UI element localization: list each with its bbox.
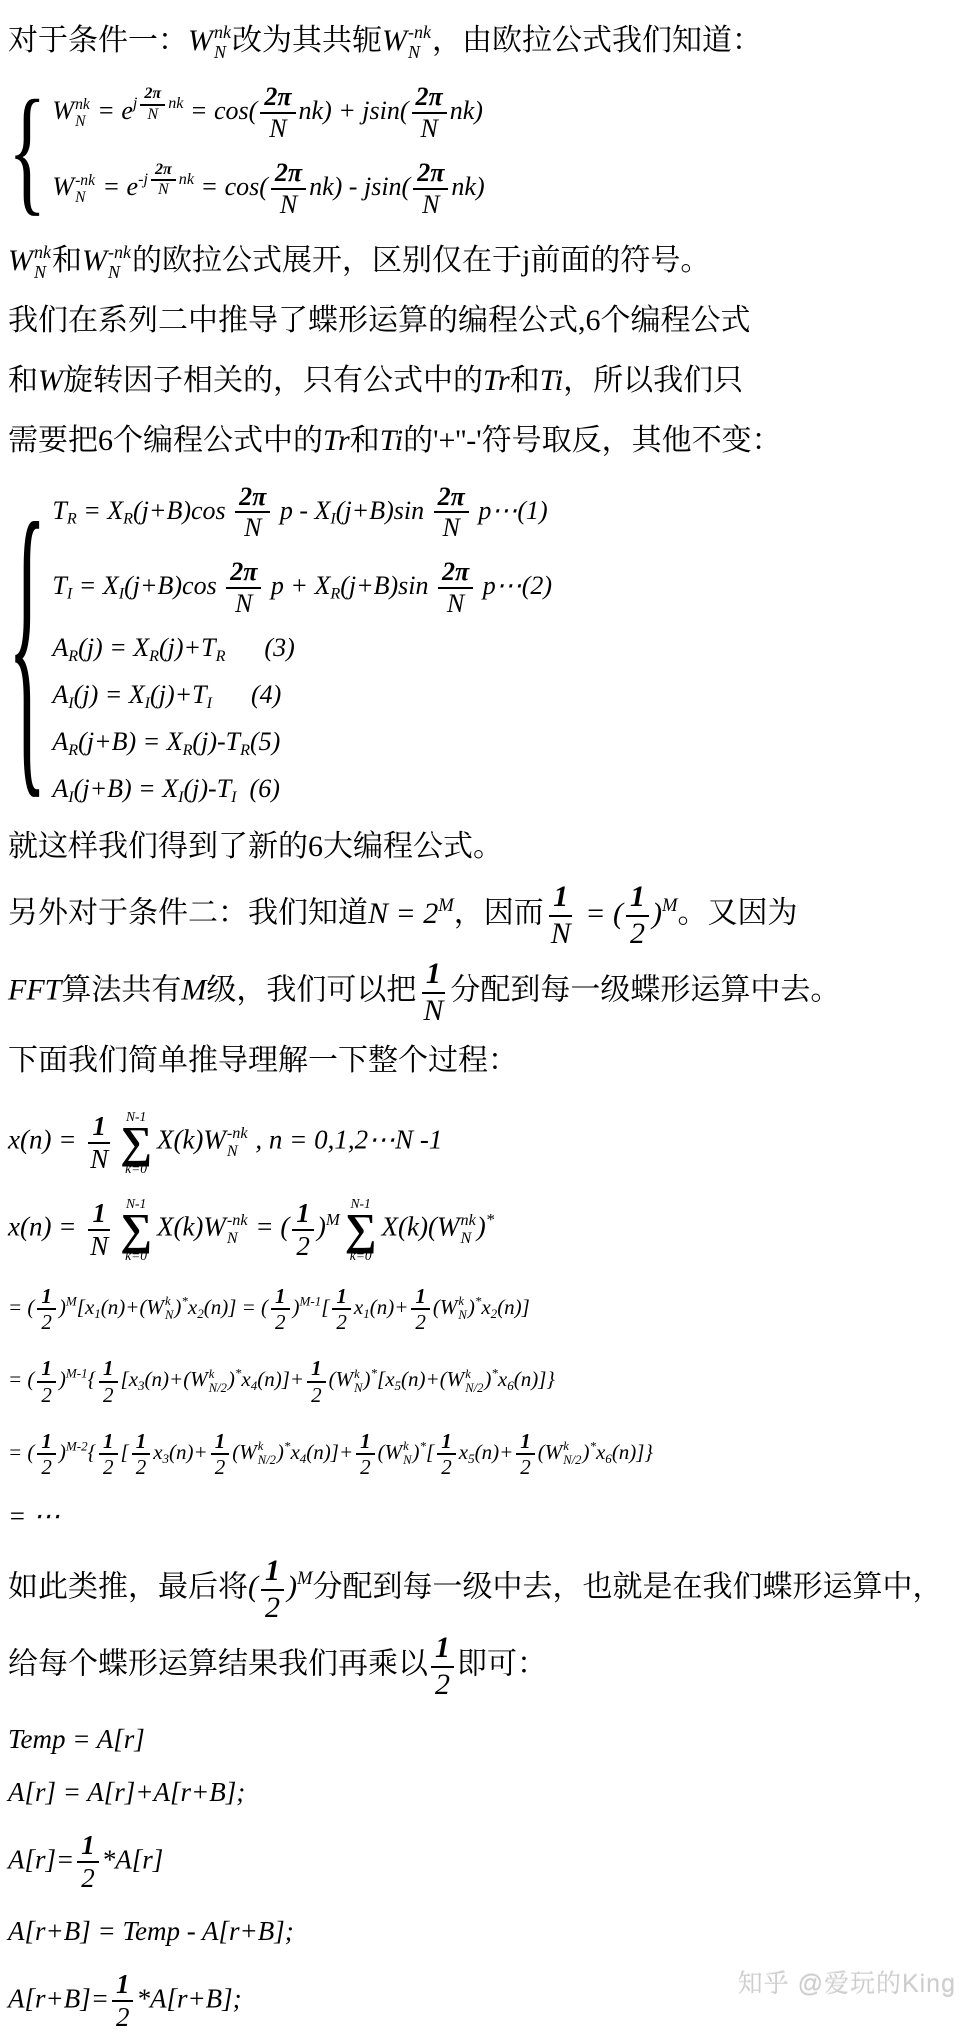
math-run: 2π	[275, 158, 302, 187]
denominator: N	[439, 513, 464, 543]
numerator: 2π	[412, 82, 447, 114]
math-run: (2)	[522, 571, 552, 600]
equation: TR = XR(j+B)cos 2πN p - XI(j+B)sin 2πN p…	[52, 482, 552, 544]
denominator: 2	[437, 1455, 456, 1479]
math-run: j	[159, 680, 166, 709]
fraction: 12	[411, 1284, 430, 1334]
math-run: (n)+(W	[401, 1367, 464, 1391]
math-run: 1	[103, 1429, 114, 1453]
text-run: 给每个蝶形运算结果我们再乘以	[8, 1647, 428, 1680]
math-run: [x	[377, 1367, 395, 1391]
math-run: nk	[168, 95, 183, 112]
math-run: N/2	[563, 1453, 581, 1467]
superscript: k	[209, 1368, 215, 1382]
sup-sub-stack: nkN	[460, 1212, 475, 1248]
equation: = (12)M[x1(n)+(WkN)*x2(n)] = (12)M-1[12x…	[8, 1284, 962, 1334]
math-run: N	[108, 262, 120, 282]
math-run: k	[165, 1294, 171, 1308]
numerator: 2π	[226, 557, 261, 589]
math-run: -nk	[227, 1211, 248, 1229]
math-run: N	[227, 1229, 238, 1247]
math-run: 1	[336, 1284, 347, 1308]
math-run: (n)]	[497, 1295, 530, 1319]
denominator: N	[443, 589, 468, 619]
roman-run: A	[52, 633, 68, 662]
math-run: N	[90, 1231, 108, 1261]
math-run: ) = X	[123, 774, 178, 803]
numerator: 1	[37, 1429, 56, 1455]
text-run: ，所以我们只	[563, 364, 743, 397]
math-run: (1)	[517, 495, 547, 524]
paragraph: 和W旋转因子相关的，只有公式中的Tr和Ti，所以我们只	[8, 354, 962, 408]
denominator: 2	[516, 1455, 535, 1479]
inline-math: FFT	[8, 974, 61, 1007]
roman-run: (2)	[522, 571, 552, 600]
roman-run: *A[r+B];	[136, 1983, 241, 2013]
superscript: k	[165, 1295, 171, 1309]
math-run: )	[228, 1367, 235, 1391]
math-run: N	[34, 262, 46, 282]
math-run: N	[90, 1144, 108, 1174]
paragraph: 如此类推，最后将(12)M分配到每一级中去，也就是在我们蝶形运算中，	[8, 1554, 962, 1625]
math-run: nk)	[450, 96, 483, 125]
math-run: T	[8, 1724, 21, 1754]
text-run: 就这样我们得到了新的6大编程公式。	[8, 830, 503, 863]
math-run: 2	[103, 1383, 114, 1407]
math-run: A	[52, 774, 68, 803]
sup-sub-stack: kN/2	[209, 1368, 227, 1396]
sum-lower-limit: k=0	[125, 1249, 147, 1263]
superscript: nk	[214, 23, 231, 43]
equation-lines: WnkN = ej2πNnk = cos(2πNnk) + jsin(2πNnk…	[52, 82, 484, 220]
sup-sub-stack: -nkN	[108, 243, 131, 283]
equation: W-nkN = e-j2πNnk = cos(2πNnk) - jsin(2πN…	[52, 158, 484, 220]
math-run: )	[413, 1440, 420, 1464]
math-run: (n)+	[169, 1440, 208, 1464]
math-run: 0,1,2	[314, 1125, 368, 1155]
math-run: (	[78, 633, 87, 662]
math-run: W	[8, 244, 33, 277]
text-run: 和	[52, 244, 82, 277]
math-run: k=0	[350, 1248, 372, 1263]
math-run: T	[540, 364, 555, 397]
math-run: A	[52, 727, 68, 756]
roman-run: x	[8, 1125, 20, 1155]
math-run: sin	[370, 96, 400, 125]
numerator: 1	[626, 880, 649, 917]
math-run: 2	[215, 1455, 226, 1479]
superscript: -nk	[108, 243, 131, 263]
math-run: p⋯	[476, 571, 522, 600]
math-run: 1	[41, 1356, 52, 1380]
roman-run: (1)	[517, 495, 547, 524]
math-run: x	[459, 1440, 468, 1464]
sup-sub-stack: -nkN	[227, 1125, 248, 1161]
inline-math: 1N = (12)M	[544, 897, 678, 930]
text-run: 对于条件一：	[8, 24, 188, 57]
math-run: N	[165, 1308, 173, 1322]
equation: Temp = A[r]	[8, 1724, 962, 1755]
numerator: 1	[88, 1111, 110, 1144]
denominator: 2	[99, 1455, 118, 1479]
sup-sub-stack: nkN	[34, 243, 51, 283]
text-run: 和	[8, 364, 38, 397]
math-run	[424, 495, 431, 524]
equation: AR(j) = XR(j)+TR (3)	[52, 633, 552, 666]
roman-run: i	[555, 364, 563, 397]
math-run: = ⋯	[8, 1501, 60, 1531]
subscript: N	[403, 1454, 411, 1468]
math-run: 1	[92, 1198, 106, 1228]
curly-brace-icon: {	[8, 80, 46, 222]
math-run: A	[52, 680, 68, 709]
superscript: j2πNnk	[133, 95, 184, 112]
superscript: -nk	[408, 23, 431, 43]
sup-sub-stack: kN	[403, 1440, 411, 1468]
math-run: N	[551, 917, 571, 950]
inline-math: Tr	[323, 424, 350, 457]
math-run: k=0	[125, 1161, 147, 1176]
fraction: 2πN	[260, 82, 295, 144]
fraction: 12	[437, 1429, 456, 1479]
math-run: nk	[460, 1211, 475, 1229]
roman-run: (3)	[225, 633, 294, 662]
subscript: N	[34, 263, 46, 283]
equation: = (12)M-1{12[x3(n)+(WkN/2)*x4(n)]+12(WkN…	[8, 1356, 962, 1406]
math-run: ⋯N -	[368, 1125, 429, 1155]
superscript: -j2πNnk	[138, 171, 194, 188]
fraction: 12	[37, 1429, 56, 1479]
numerator: 1	[422, 957, 445, 994]
math-run: )	[364, 1367, 371, 1391]
roman-run: emp	[21, 1724, 66, 1754]
inline-math: Ti	[380, 424, 403, 457]
subscript: R	[149, 648, 159, 665]
roman-run: cos	[182, 571, 217, 600]
superscript: M	[326, 1210, 340, 1229]
math-run: N	[75, 113, 85, 130]
math-run: -nk	[227, 1124, 248, 1142]
math-run: N	[75, 189, 85, 206]
math-run: N	[214, 42, 226, 62]
math-run: R	[330, 586, 340, 603]
sup-sub-stack: nkN	[214, 23, 231, 63]
math-run: (W	[538, 1440, 563, 1464]
math-run: {	[88, 1367, 96, 1391]
numerator: 2π	[271, 158, 306, 190]
text-run: 即可：	[457, 1647, 547, 1680]
math-run: R	[216, 648, 226, 665]
math-run: x	[481, 1295, 490, 1319]
math-run: r	[338, 424, 350, 457]
math-run: *A[r]	[102, 1844, 164, 1874]
text-run: ，由欧拉公式我们知道：	[432, 24, 762, 57]
math-run: )	[468, 1295, 475, 1319]
math-run: 2	[415, 1310, 426, 1334]
math-run: cos	[182, 571, 217, 600]
equation-group: {TR = XR(j+B)cos 2πN p - XI(j+B)sin 2πN …	[8, 482, 962, 807]
math-run: nk	[75, 96, 90, 113]
equation: WnkN = ej2πNnk = cos(2πNnk) + jsin(2πNnk…	[52, 82, 484, 144]
math-run: 2	[360, 1455, 371, 1479]
math-run: 2	[296, 1231, 310, 1261]
sup-sub-stack: kN/2	[563, 1440, 581, 1468]
denominator: 2	[411, 1310, 430, 1334]
equation: = (12)M-2{12[12x3(n)+12(WkN/2)*x4(n)]+12…	[8, 1429, 962, 1479]
sigma-icon: ∑	[120, 1211, 152, 1249]
math-run: x	[498, 1367, 507, 1391]
math-run: nk) + j	[299, 96, 370, 125]
math-run: p + X	[264, 571, 330, 600]
text-run: 改为其共轭	[232, 24, 382, 57]
math-run: nk	[34, 242, 51, 262]
math-run: W	[38, 364, 63, 397]
roman-run: sin	[371, 172, 401, 201]
math-run: R	[149, 648, 159, 665]
numerator: 1	[261, 1554, 284, 1591]
numerator: 1	[307, 1356, 326, 1382]
denominator: N	[86, 1144, 112, 1175]
roman-run: A[r] = A[r]+A[r+B];	[8, 1777, 245, 1807]
math-run: i	[395, 424, 403, 457]
math-run: sin	[371, 172, 401, 201]
subscript: N	[227, 1230, 238, 1248]
math-run: 1	[265, 1554, 280, 1587]
math-run: (W	[329, 1367, 354, 1391]
denominator: 2	[37, 1310, 56, 1334]
math-run: 1	[520, 1429, 531, 1453]
fraction: 2πN	[412, 82, 447, 144]
fraction: 12	[99, 1356, 118, 1406]
curly-brace-icon: {	[8, 477, 46, 810]
math-run: , n =	[249, 1125, 314, 1155]
numerator: 1	[516, 1429, 535, 1455]
math-run: 2π	[416, 82, 443, 111]
sigma-icon: ∑	[120, 1124, 152, 1162]
denominator: N	[231, 589, 256, 619]
math-run: 2π	[264, 82, 291, 111]
roman-run: j+B	[82, 774, 123, 803]
math-run: N	[408, 42, 420, 62]
math-run: W	[188, 24, 213, 57]
math-run: [	[121, 1440, 129, 1464]
denominator: 2	[292, 1231, 314, 1262]
denominator: N	[86, 1231, 112, 1262]
denominator: 2	[112, 2002, 134, 2033]
fraction: 12	[132, 1429, 151, 1479]
math-run: 2	[41, 1383, 52, 1407]
zhihu-watermark: 知乎 @爱玩的King	[738, 1964, 956, 2000]
math-run: )	[317, 1212, 326, 1242]
math-run: 1	[429, 1125, 443, 1155]
roman-run: *A[r]	[102, 1844, 164, 1874]
math-run: = e	[96, 172, 138, 201]
math-run: (n)+(W	[101, 1295, 164, 1319]
superscript: M-2	[66, 1438, 88, 1453]
sum-lower-limit: k=0	[125, 1162, 147, 1176]
subscript: N/2	[258, 1454, 276, 1468]
math-run: N = 2	[368, 897, 438, 930]
inline-math: W-nkN	[382, 24, 432, 57]
math-run: R	[123, 510, 133, 527]
math-run: )-T	[199, 774, 231, 803]
subscript: N	[165, 1309, 173, 1323]
math-run: R	[68, 648, 78, 665]
inline-math: W	[38, 364, 63, 397]
math-run: cos	[191, 495, 226, 524]
paragraph: 给每个蝶形运算结果我们再乘以12即可：	[8, 1631, 962, 1702]
text-run: 和	[510, 364, 540, 397]
superscript: M-1	[300, 1294, 322, 1309]
math-run: {	[88, 1440, 96, 1464]
math-run: (W	[232, 1440, 257, 1464]
math-run: N	[354, 1381, 362, 1395]
math-run: 2	[311, 1383, 322, 1407]
math-run: 2	[441, 1455, 452, 1479]
text-run: 如此类推，最后将	[8, 1570, 248, 1603]
numerator: 1	[437, 1429, 456, 1455]
roman-run: (4)	[212, 680, 281, 709]
math-run: =	[183, 96, 214, 125]
math-run	[429, 571, 436, 600]
math-run: N	[423, 994, 443, 1027]
numerator: 2π	[438, 557, 473, 589]
math-run: x	[354, 1295, 363, 1319]
denominator: 2	[37, 1455, 56, 1479]
roman-run: j	[168, 633, 175, 662]
math-run: = e	[91, 96, 133, 125]
math-run: T	[323, 424, 338, 457]
paragraph: 下面我们简单推导理解一下整个过程：	[8, 1034, 962, 1088]
equation: TI = XI(j+B)cos 2πN p + XR(j+B)sin 2πN p…	[52, 557, 552, 619]
numerator: 1	[271, 1284, 290, 1310]
fraction: 12	[261, 1554, 284, 1625]
subscript: R	[68, 648, 78, 665]
numerator: 1	[211, 1429, 230, 1455]
math-run: T	[52, 571, 66, 600]
math-run: N	[420, 114, 437, 143]
math-run: k=0	[125, 1248, 147, 1263]
equation: x(n) = 1NN-1∑k=0X(k)W-nkN , n = 0,1,2⋯N …	[8, 1110, 962, 1175]
text-run: 需要把6个编程公式中的	[8, 424, 323, 457]
fraction: 12	[626, 880, 649, 951]
roman-run: R	[68, 648, 78, 665]
math-run: N	[447, 589, 464, 618]
fraction: 12	[356, 1429, 375, 1479]
math-run: = (	[8, 1440, 34, 1464]
subscript: N/2	[209, 1382, 227, 1396]
math-run: 1	[92, 1111, 106, 1141]
math-run: j	[142, 495, 149, 524]
equation: = ⋯	[8, 1501, 962, 1532]
math-run: (n)+	[370, 1295, 409, 1319]
math-run: N	[403, 1453, 411, 1467]
math-run: N	[244, 513, 261, 542]
math-run: 1	[415, 1284, 426, 1308]
roman-run: sin	[370, 96, 400, 125]
subscript: R	[183, 742, 193, 759]
math-run: [x	[121, 1367, 139, 1391]
numerator: 1	[37, 1284, 56, 1310]
math-run: k	[403, 1439, 409, 1453]
math-run	[217, 571, 224, 600]
math-run: *A[r+B];	[136, 1983, 241, 2013]
paragraph: 就这样我们得到了新的6大编程公式。	[8, 820, 962, 874]
denominator: 2	[132, 1455, 151, 1479]
math-run: k	[458, 1294, 464, 1308]
math-run: A[r]=	[8, 1844, 74, 1874]
math-run: )	[293, 1295, 300, 1319]
math-run: 2	[41, 1455, 52, 1479]
math-run: )+T	[175, 633, 216, 662]
paragraph: FFT算法共有M级，我们可以把1N分配到每一级蝶形运算中去。	[8, 957, 962, 1028]
superscript: k	[458, 1295, 464, 1309]
math-run: 1	[81, 1830, 95, 1860]
sum-lower-limit: k=0	[350, 1249, 372, 1263]
inline-math: 12	[428, 1647, 457, 1680]
numerator: 1	[112, 1969, 134, 2002]
roman-run: cos	[191, 495, 226, 524]
math-run: )	[477, 1212, 486, 1242]
math-run: 1	[41, 1284, 52, 1308]
fraction: 2πN	[271, 158, 306, 220]
math-run: (n)] = (	[204, 1295, 268, 1319]
subscript: R	[68, 742, 78, 759]
math-run: =	[194, 172, 225, 201]
math-run: (n) =	[20, 1212, 83, 1242]
subscript: R	[216, 648, 226, 665]
numerator: 2π	[413, 158, 448, 190]
roman-run: x	[8, 1212, 20, 1242]
math-run: 1	[553, 880, 568, 913]
fraction: 2πN	[226, 557, 261, 619]
fraction: 12	[271, 1284, 290, 1334]
math-run: 2	[265, 1591, 280, 1624]
roman-run: 0,1,2	[314, 1125, 368, 1155]
math-run: N	[443, 513, 460, 542]
math-run: [	[426, 1440, 434, 1464]
sup-sub-stack: kN/2	[258, 1440, 276, 1468]
equation: AI(j+B) = XI(j)-TI (6)	[52, 774, 552, 807]
subscript: N	[75, 189, 85, 206]
math-run: )	[652, 897, 662, 930]
text-run: 。又因为	[678, 897, 798, 930]
numerator: 2π	[260, 82, 295, 114]
subscript: N	[75, 113, 85, 130]
math-run: 2	[41, 1310, 52, 1334]
math-run: k	[465, 1367, 471, 1381]
math-run: R	[183, 742, 193, 759]
math-run: N	[269, 114, 286, 143]
math-run: R	[67, 510, 77, 527]
subscript: N/2	[465, 1382, 483, 1396]
math-run: 2π	[230, 557, 257, 586]
math-run: cos	[225, 172, 260, 201]
math-run: (	[192, 727, 201, 756]
math-run: FFT	[8, 974, 61, 1007]
math-run: 2	[520, 1455, 531, 1479]
math-run: 1	[441, 1429, 452, 1453]
numerator: 1	[99, 1429, 118, 1455]
math-run: 1	[360, 1429, 371, 1453]
math-run: (j+B)	[336, 495, 394, 524]
math-run: nk)	[451, 172, 484, 201]
denominator: N	[265, 114, 290, 144]
math-run: )	[277, 1440, 284, 1464]
denominator: N	[416, 114, 441, 144]
numerator: 2π	[151, 161, 176, 182]
text-run: 另外对于条件二：我们知道	[8, 897, 368, 930]
